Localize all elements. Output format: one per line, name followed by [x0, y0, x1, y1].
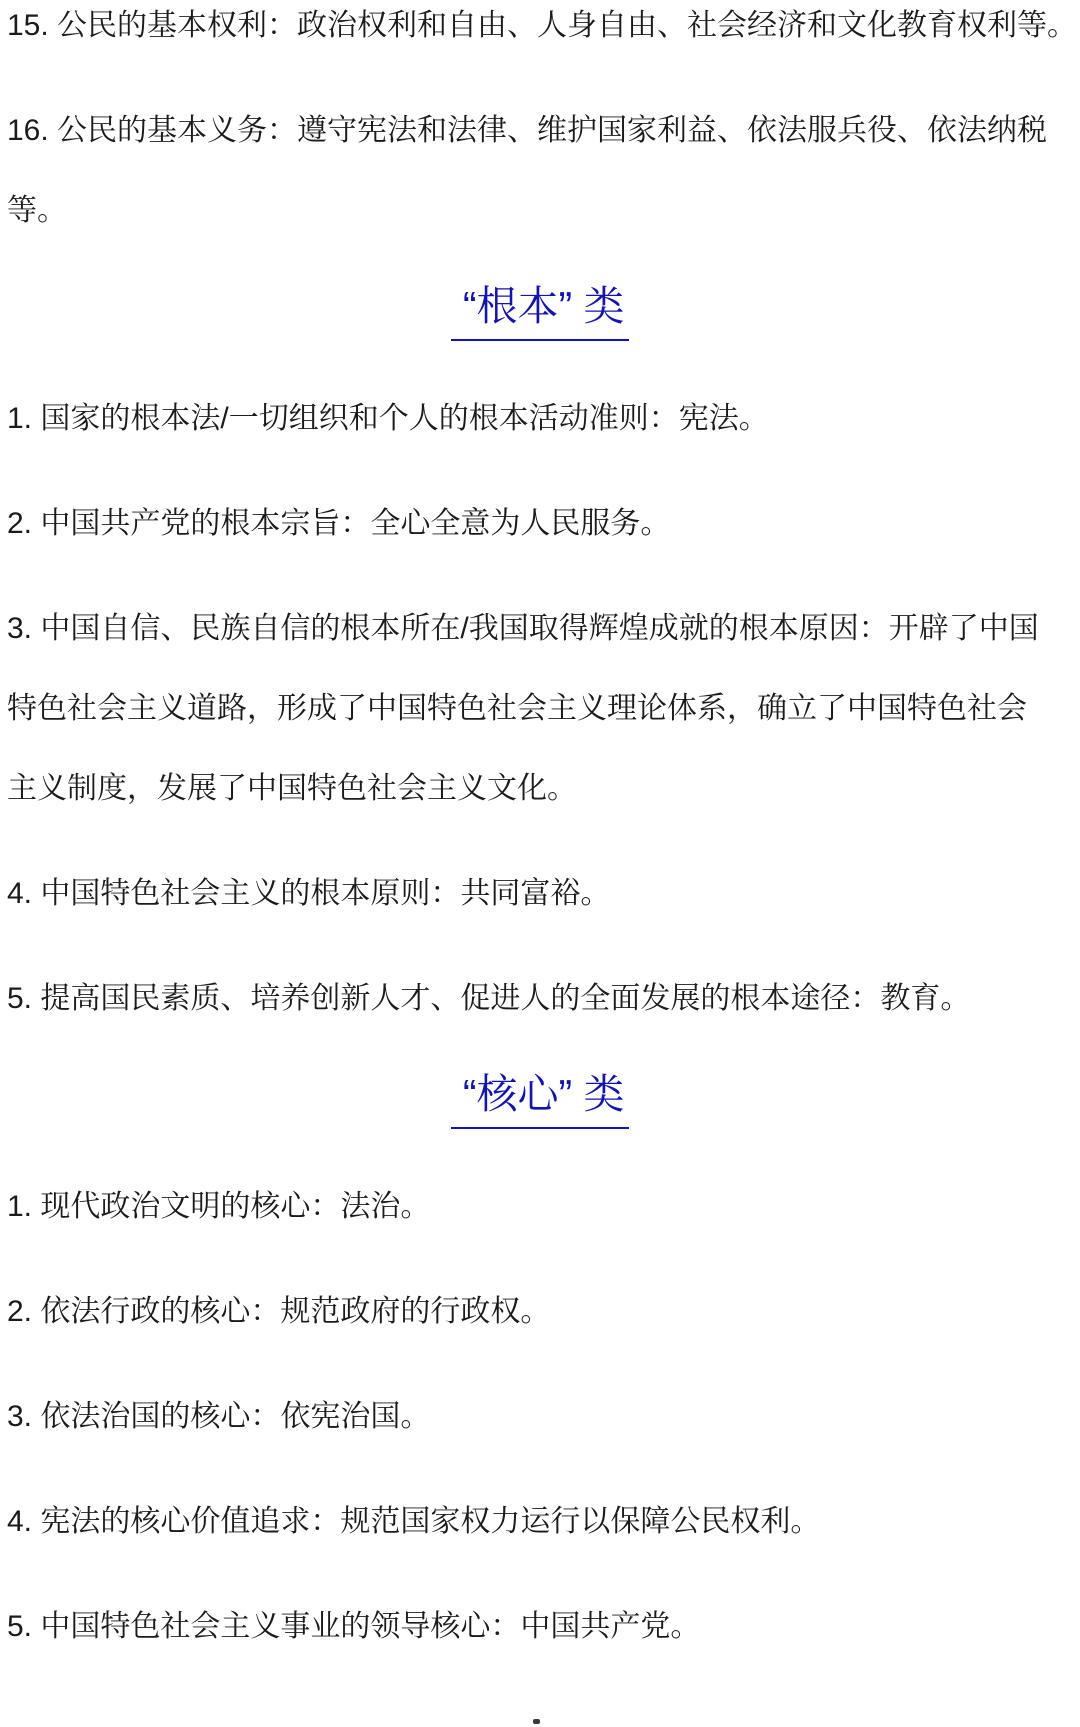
- list-item: 2. 依法行政的核心：规范政府的行政权。: [7, 1272, 1073, 1352]
- list-item: 1. 国家的根本法/一切组织和个人的根本活动准则：宪法。: [7, 379, 1073, 459]
- text-line: 2. 依法行政的核心：规范政府的行政权。: [7, 1272, 1073, 1352]
- section-heading-hexin-text: “核心” 类: [451, 1064, 628, 1129]
- text-line: 等。: [7, 171, 1073, 251]
- section-heading-genben: “根本” 类: [7, 276, 1073, 341]
- paragraph-rights: 15. 公民的基本权利：政治权利和自由、人身自由、社会经济和文化教育权利等。: [7, 0, 1073, 66]
- text-line: 3. 依法治国的核心：依宪治国。: [7, 1377, 1073, 1457]
- list-item: 3. 依法治国的核心：依宪治国。: [7, 1377, 1073, 1457]
- text-line: 4. 宪法的核心价值追求：规范国家权力运行以保障公民权利。: [7, 1482, 1073, 1562]
- page-number-partial: [533, 1719, 540, 1724]
- list-item: 4. 宪法的核心价值追求：规范国家权力运行以保障公民权利。: [7, 1482, 1073, 1562]
- text-line: 16. 公民的基本义务：遵守宪法和法律、维护国家利益、依法服兵役、依法纳税: [7, 91, 1073, 171]
- text-line: 特色社会主义道路，形成了中国特色社会主义理论体系，确立了中国特色社会: [7, 669, 1073, 749]
- section-heading-genben-text: “根本” 类: [451, 276, 628, 341]
- text-line: 主义制度，发展了中国特色社会主义文化。: [7, 749, 1073, 829]
- text-line: 15. 公民的基本权利：政治权利和自由、人身自由、社会经济和文化教育权利等。: [7, 0, 1073, 66]
- list-item: 4. 中国特色社会主义的根本原则：共同富裕。: [7, 854, 1073, 934]
- text-line: 3. 中国自信、民族自信的根本所在/我国取得辉煌成就的根本原因：开辟了中国: [7, 589, 1073, 669]
- list-item: 5. 提高国民素质、培养创新人才、促进人的全面发展的根本途径：教育。: [7, 959, 1073, 1039]
- text-line: 2. 中国共产党的根本宗旨：全心全意为人民服务。: [7, 484, 1073, 564]
- text-line: 1. 国家的根本法/一切组织和个人的根本活动准则：宪法。: [7, 379, 1073, 459]
- text-line: 5. 中国特色社会主义事业的领导核心：中国共产党。: [7, 1587, 1073, 1667]
- document-page: 15. 公民的基本权利：政治权利和自由、人身自由、社会经济和文化教育权利等。 1…: [0, 0, 1080, 1667]
- text-line: 4. 中国特色社会主义的根本原则：共同富裕。: [7, 854, 1073, 934]
- paragraph-duties: 16. 公民的基本义务：遵守宪法和法律、维护国家利益、依法服兵役、依法纳税 等。: [7, 91, 1073, 251]
- list-item: 5. 中国特色社会主义事业的领导核心：中国共产党。: [7, 1587, 1073, 1667]
- list-item: 1. 现代政治文明的核心：法治。: [7, 1167, 1073, 1247]
- text-line: 5. 提高国民素质、培养创新人才、促进人的全面发展的根本途径：教育。: [7, 959, 1073, 1039]
- section-heading-hexin: “核心” 类: [7, 1064, 1073, 1129]
- list-item: 3. 中国自信、民族自信的根本所在/我国取得辉煌成就的根本原因：开辟了中国 特色…: [7, 589, 1073, 829]
- text-line: 1. 现代政治文明的核心：法治。: [7, 1167, 1073, 1247]
- list-item: 2. 中国共产党的根本宗旨：全心全意为人民服务。: [7, 484, 1073, 564]
